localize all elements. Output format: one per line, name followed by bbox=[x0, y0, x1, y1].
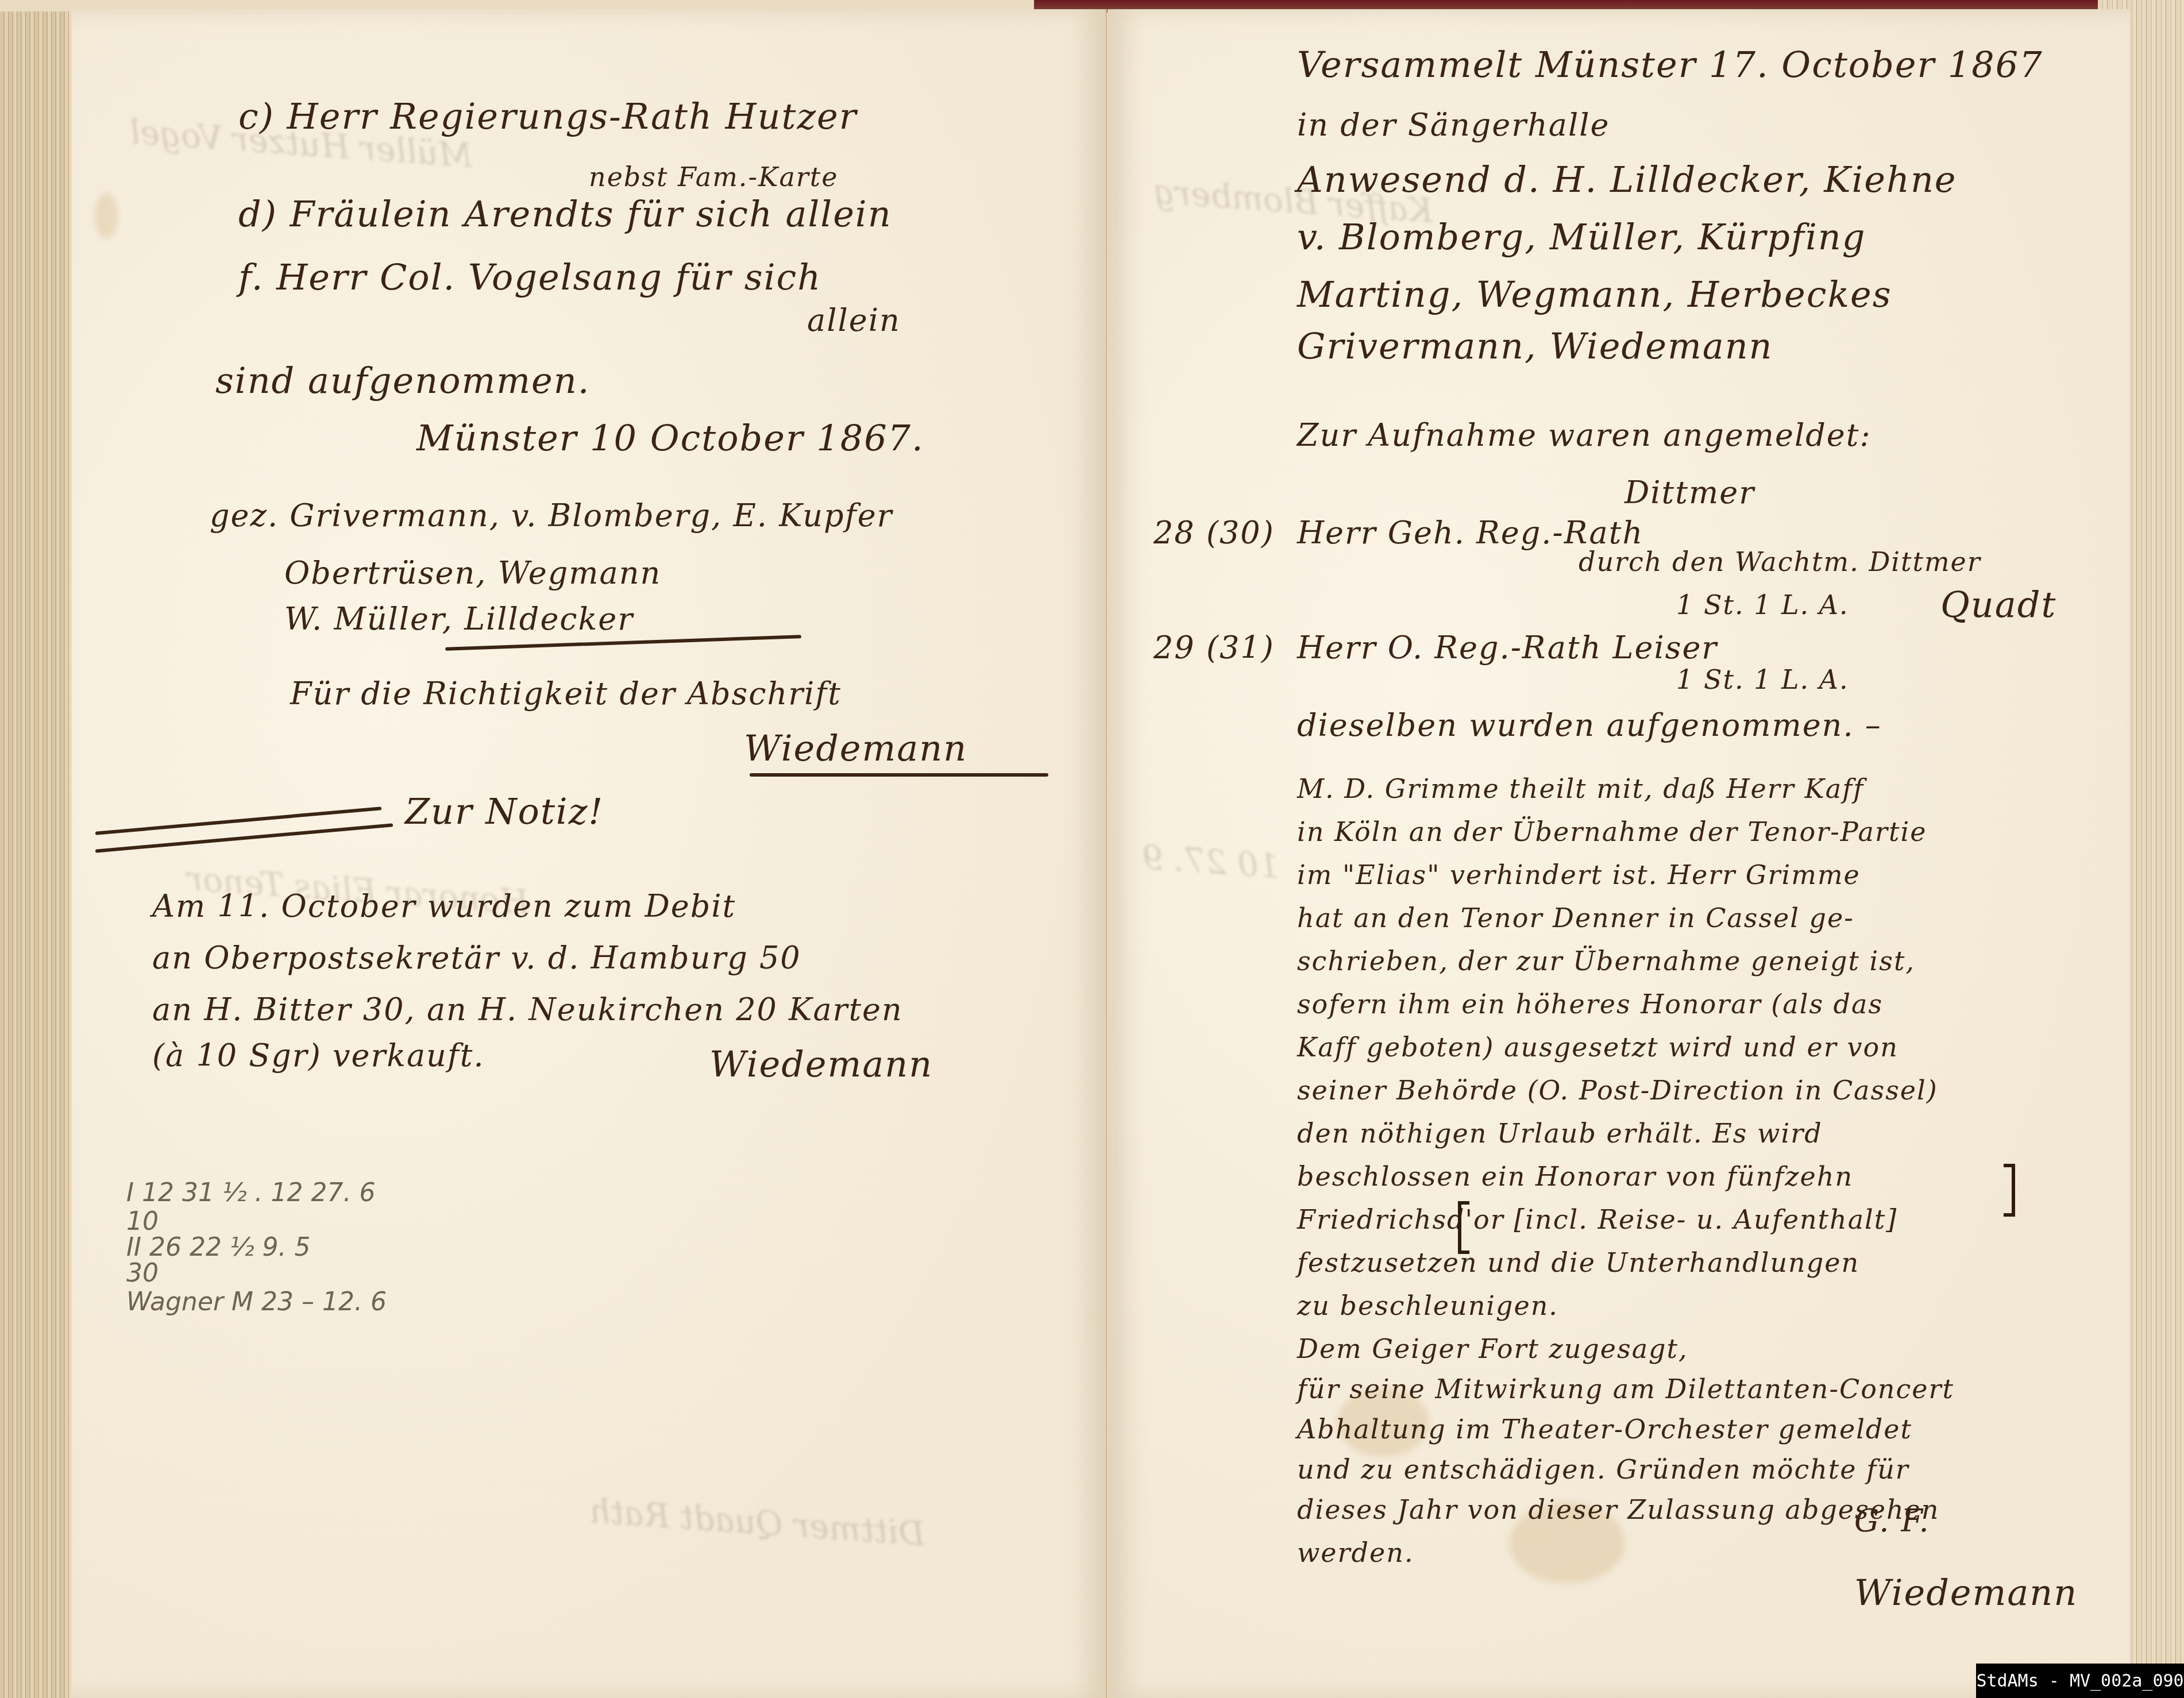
archive-watermark: StdAMs - MV_002a_090 bbox=[1976, 1664, 2184, 1698]
attendees-line: Grivermann, Wiedemann bbox=[1297, 325, 1773, 367]
pencil-note: II 26 22 ½ 9. 5 bbox=[126, 1233, 310, 1262]
left-page: Müller Hutzer Vogel Honorar Elias Tenor … bbox=[72, 9, 1107, 1698]
body-line: beschlossen ein Honorar von fünfzehn bbox=[1297, 1161, 1853, 1192]
members-intro: Zur Aufnahme waren angemeldet: bbox=[1297, 417, 1872, 453]
body-line: sofern ihm ein höheres Honorar (als das bbox=[1297, 989, 1883, 1020]
member-title: Herr Geh. Reg.-Rath bbox=[1297, 515, 1643, 551]
accepted-line: dieselben wurden aufgenommen. – bbox=[1297, 707, 1882, 743]
body-line: festzusetzen und die Unterhandlungen bbox=[1297, 1247, 1859, 1278]
member-name: Quadt bbox=[1940, 584, 2056, 626]
closing-initials: G. F. bbox=[1854, 1503, 1930, 1539]
member-ref: 1 St. 1 L. A. bbox=[1676, 589, 1849, 620]
entry-line: c) Herr Regierungs-Rath Hutzer bbox=[238, 95, 857, 137]
body-line: Dem Geiger Fort zugesagt, bbox=[1297, 1333, 1688, 1364]
body-line: Abhaltung im Theater-Orchester gemeldet bbox=[1297, 1414, 1912, 1445]
body-line: werden. bbox=[1297, 1537, 1414, 1568]
body-line: Kaff geboten) ausgesetzt wird und er von bbox=[1297, 1032, 1899, 1063]
entry-line: allein bbox=[807, 302, 901, 338]
body-line: schrieben, der zur Übernahme geneigt ist… bbox=[1297, 946, 1915, 977]
meeting-header: Versammelt Münster 17. October 1867 bbox=[1297, 44, 2043, 86]
date-line: Münster 10 October 1867. bbox=[416, 417, 924, 459]
note-line: (à 10 Sgr) verkauft. bbox=[152, 1037, 485, 1074]
signature: Wiedemann bbox=[744, 727, 967, 769]
member-number: 28 (30) bbox=[1153, 515, 1275, 551]
body-line: seiner Behörde (O. Post-Direction in Cas… bbox=[1297, 1075, 1938, 1106]
note-line: Am 11. October wurden zum Debit bbox=[152, 888, 736, 924]
body-line: hat an den Tenor Denner in Cassel ge- bbox=[1297, 902, 1854, 933]
member-title: Herr O. Reg.-Rath Leiser bbox=[1297, 630, 1718, 666]
signature: Wiedemann bbox=[1854, 1572, 2078, 1614]
body-line: in Köln an der Übernahme der Tenor-Parti… bbox=[1297, 816, 1927, 847]
entry-line: nebst Fam.-Karte bbox=[589, 161, 839, 192]
body-line: für seine Mitwirkung am Dilettanten-Conc… bbox=[1297, 1373, 1954, 1404]
entry-line: d) Fräulein Arendts für sich allein bbox=[238, 193, 892, 235]
meeting-location: in der Sängerhalle bbox=[1297, 107, 1610, 143]
page-edges-left bbox=[0, 11, 69, 1698]
member-number: 29 (31) bbox=[1153, 630, 1275, 666]
note-line: an H. Bitter 30, an H. Neukirchen 20 Kar… bbox=[152, 991, 903, 1028]
body-line: zu beschleunigen. bbox=[1297, 1290, 1558, 1321]
signatories-line: Obertrüsen, Wegmann bbox=[284, 555, 661, 591]
body-line: und zu entschädigen. Gründen möchte für bbox=[1297, 1454, 1909, 1485]
attendees-line: Marting, Wegmann, Herbeckes bbox=[1297, 273, 1892, 315]
entry-line: sind aufgenommen. bbox=[215, 360, 590, 402]
member-name: Dittmer bbox=[1625, 474, 1755, 511]
pencil-note: 10 bbox=[126, 1207, 159, 1236]
body-line: Friedrichsd'or [incl. Reise- u. Aufentha… bbox=[1297, 1204, 1897, 1235]
note-heading: Zur Notiz! bbox=[405, 790, 604, 832]
pencil-note: 30 bbox=[126, 1259, 159, 1288]
attendees-line: v. Blomberg, Müller, Kürpfing bbox=[1297, 216, 1866, 258]
body-line: im "Elias" verhindert ist. Herr Grimme bbox=[1297, 859, 1861, 890]
pencil-note: I 12 31 ½ . 12 27. 6 bbox=[126, 1178, 375, 1207]
entry-line: f. Herr Col. Vogelsang für sich bbox=[238, 256, 821, 298]
signatories-line: W. Müller, Lilldecker bbox=[284, 601, 634, 637]
body-line: den nöthigen Urlaub erhält. Es wird bbox=[1297, 1118, 1823, 1149]
right-page: Kaffer Blomberg 10 27. 9 Versammelt Müns… bbox=[1108, 9, 2130, 1698]
open-book-scan: Müller Hutzer Vogel Honorar Elias Tenor … bbox=[0, 0, 2184, 1698]
note-line: an Oberpostsekretär v. d. Hamburg 50 bbox=[152, 940, 801, 976]
certification-line: Für die Richtigkeit der Abschrift bbox=[290, 676, 842, 712]
member-sponsor: durch den Wachtm. Dittmer bbox=[1579, 546, 1981, 577]
signatories-line: gez. Grivermann, v. Blomberg, E. Kupfer bbox=[210, 497, 893, 534]
attendees-line: Anwesend d. H. Lilldecker, Kiehne bbox=[1297, 159, 1957, 200]
body-line: M. D. Grimme theilt mit, daß Herr Kaff bbox=[1297, 773, 1864, 804]
signature: Wiedemann bbox=[709, 1043, 933, 1085]
pencil-note: Wagner M 23 – 12. 6 bbox=[126, 1287, 387, 1317]
member-ref: 1 St. 1 L. A. bbox=[1676, 664, 1849, 695]
body-line: dieses Jahr von dieser Zulassung abgeseh… bbox=[1297, 1494, 1939, 1525]
